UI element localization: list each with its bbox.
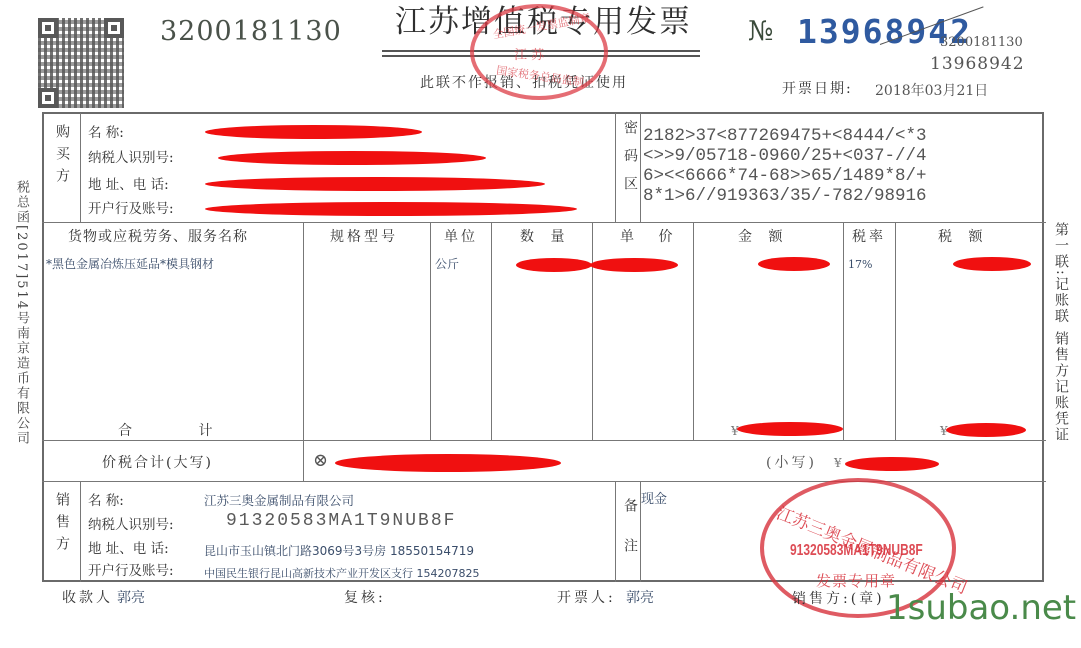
seller-bank: 中国民生银行昆山高新技术产业开发区支行 154207825 bbox=[204, 565, 479, 581]
col-header-unit: 单位 bbox=[444, 226, 478, 246]
payee-label: 收款人 bbox=[62, 587, 113, 607]
buyer-tax-id-redacted bbox=[218, 151, 486, 165]
seller-name-label: 名 称: bbox=[88, 489, 124, 509]
col-header-tax-rate: 税率 bbox=[852, 226, 886, 246]
seal-text: 江 苏 bbox=[514, 44, 544, 63]
seller-name: 江苏三奥金属制品有限公司 bbox=[204, 491, 354, 509]
currency-symbol: ¥ bbox=[834, 456, 842, 470]
reviewer-label: 复核: bbox=[344, 587, 386, 607]
seal-tax-id: 91320583MA1T9NUB8F bbox=[790, 542, 923, 560]
buyer-section-label: 购买方 bbox=[52, 124, 72, 190]
divider bbox=[640, 113, 641, 222]
date-label: 开票日期: bbox=[782, 78, 853, 98]
printer-note: 税总函[2017]514号南京造币有限公司 bbox=[12, 180, 31, 446]
item-name: *黑色金属冶炼压延品*模具钢材 bbox=[46, 255, 214, 272]
seller-address: 昆山市玉山镇北门路3069号3号房 18550154719 bbox=[204, 542, 474, 559]
buyer-bank-redacted bbox=[205, 202, 577, 216]
total-amount-redacted bbox=[737, 422, 843, 436]
total-tax-redacted bbox=[946, 423, 1026, 437]
buyer-name-label: 名 称: bbox=[88, 121, 124, 141]
buyer-address-redacted bbox=[205, 177, 545, 191]
col-header-tax: 税 额 bbox=[938, 226, 988, 246]
watermark: 1subao.net bbox=[886, 588, 1076, 628]
payee-value: 郭亮 bbox=[117, 587, 145, 607]
divider bbox=[80, 481, 81, 582]
divider bbox=[430, 222, 431, 440]
currency-symbol: ¥ bbox=[731, 424, 739, 438]
seller-seal-label: 销售方:(章) bbox=[792, 588, 885, 608]
divider bbox=[42, 440, 1046, 441]
small-amount-label: (小写) bbox=[766, 452, 817, 472]
cross-circle-icon: ⊗ bbox=[313, 450, 328, 471]
divider bbox=[592, 222, 593, 440]
col-header-quantity: 数 量 bbox=[520, 226, 570, 246]
divider bbox=[80, 113, 81, 222]
grand-total-small-redacted bbox=[845, 457, 939, 471]
remarks-value: 现金 bbox=[641, 488, 667, 507]
cipher-text: 2182>37<877269475+<8444/<*3 <>>9/05718-0… bbox=[643, 126, 927, 206]
divider bbox=[303, 222, 304, 481]
issuer-label: 开票人: bbox=[557, 587, 616, 607]
item-tax-rate: 17% bbox=[848, 258, 872, 271]
divider bbox=[843, 222, 844, 440]
seller-bank-label: 开户行及账号: bbox=[88, 559, 174, 579]
item-quantity-redacted bbox=[516, 258, 592, 272]
divider bbox=[615, 113, 616, 222]
item-unit: 公斤 bbox=[435, 255, 459, 272]
invoice-code: 3200181130 bbox=[160, 16, 342, 47]
total-label: 合 计 bbox=[118, 420, 215, 440]
seal-text: 国家税务总局监制 bbox=[495, 62, 584, 90]
qr-code bbox=[38, 18, 124, 108]
buyer-bank-label: 开户行及账号: bbox=[88, 197, 174, 217]
seal-text: 全国统一发票监制章 bbox=[491, 10, 591, 43]
col-header-spec: 规格型号 bbox=[330, 226, 398, 246]
date-value: 2018年03月21日 bbox=[875, 80, 988, 100]
issuer-value: 郭亮 bbox=[626, 587, 654, 607]
cipher-area-label: 密码区 bbox=[620, 120, 640, 204]
grand-total-uppercase-redacted bbox=[335, 454, 561, 472]
number-sign: № bbox=[748, 16, 774, 47]
printed-invoice-code: 3200181130 bbox=[940, 35, 1023, 50]
grand-total-label: 价税合计(大写) bbox=[102, 452, 213, 472]
divider bbox=[615, 481, 616, 582]
divider bbox=[42, 481, 1046, 482]
printed-invoice-number: 13968942 bbox=[930, 54, 1025, 74]
seller-tax-id: 91320583MA1T9NUB8F bbox=[226, 511, 456, 531]
qr-finder bbox=[104, 18, 124, 38]
seller-tax-id-label: 纳税人识别号: bbox=[88, 513, 174, 533]
tax-bureau-seal: 全国统一发票监制章 江 苏 国家税务总局监制 bbox=[470, 4, 608, 100]
col-header-name: 货物或应税劳务、服务名称 bbox=[68, 226, 248, 246]
qr-finder bbox=[38, 18, 58, 38]
divider bbox=[491, 222, 492, 440]
copy-note: 第一联:记账联 销售方记账凭证 bbox=[1052, 222, 1070, 443]
seller-section-label: 销售方 bbox=[52, 492, 72, 558]
buyer-address-label: 地 址、电 话: bbox=[88, 173, 169, 193]
qr-finder bbox=[38, 88, 58, 108]
item-unit-price-redacted bbox=[590, 258, 678, 272]
buyer-tax-id-label: 纳税人识别号: bbox=[88, 146, 174, 166]
item-amount-redacted bbox=[758, 257, 830, 271]
seller-address-label: 地 址、电 话: bbox=[88, 537, 169, 557]
divider bbox=[895, 222, 896, 440]
item-tax-redacted bbox=[953, 257, 1031, 271]
buyer-name-redacted bbox=[205, 125, 422, 139]
col-header-unit-price: 单 价 bbox=[620, 226, 682, 246]
col-header-amount: 金 额 bbox=[738, 226, 788, 246]
remarks-label: 备注 bbox=[620, 498, 640, 578]
divider bbox=[693, 222, 694, 440]
